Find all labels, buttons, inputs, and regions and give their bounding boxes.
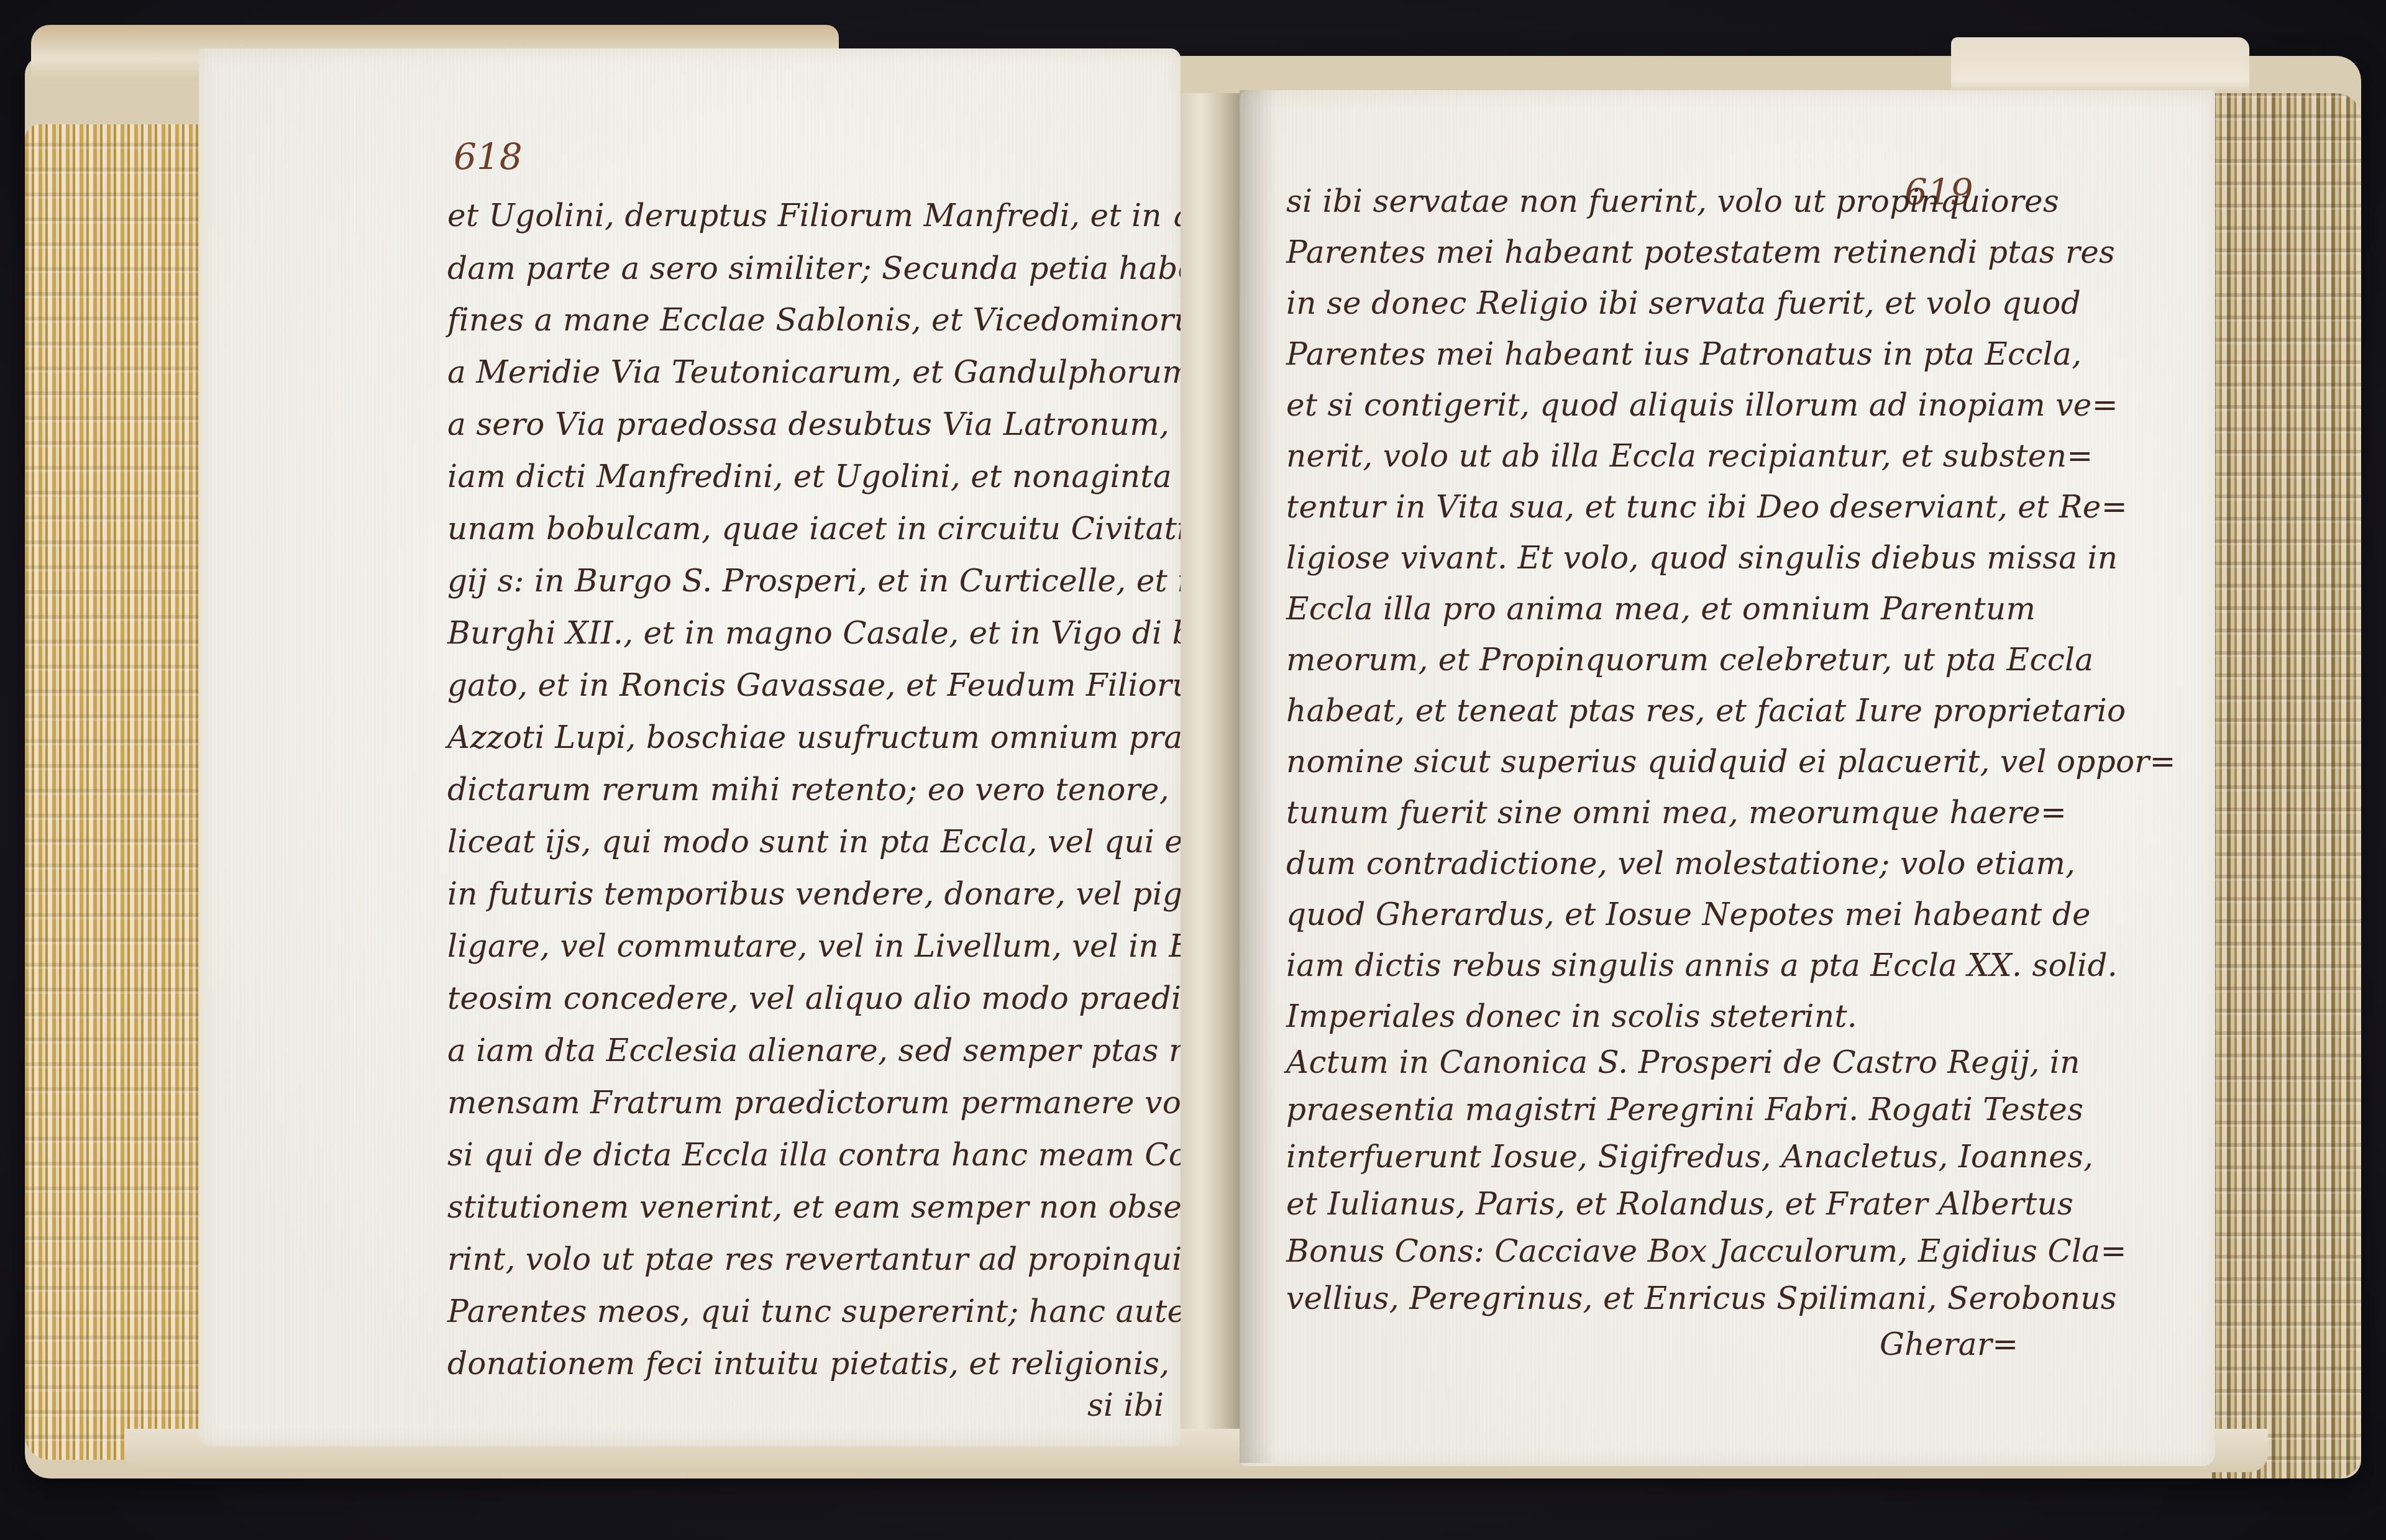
- text-line: praesentia magistri Peregrini Fabri. Rog…: [1286, 1091, 2083, 1128]
- text-line: a Meridie Via Teutonicarum, et Gandulpho…: [447, 354, 1192, 390]
- text-line: quod Gherardus, et Iosue Nepotes mei hab…: [1286, 896, 2091, 932]
- text-line: et Ugolini, deruptus Filiorum Manfredi, …: [447, 198, 1257, 234]
- text-line: gato, et in Roncis Gavassae, et Feudum F…: [447, 667, 1222, 703]
- text-line: vellius, Peregrinus, et Enricus Spiliman…: [1286, 1280, 2117, 1316]
- text-line: habeat, et teneat ptas res, et faciat Iu…: [1286, 693, 2126, 729]
- text-line: iam dicti Manfredini, et Ugolini, et non…: [447, 458, 1172, 494]
- gutter-shadow: [1240, 90, 1277, 1463]
- text-line: interfuerunt Iosue, Sigifredus, Anacletu…: [1286, 1139, 2093, 1175]
- text-line: si ibi servatae non fuerint, volo ut pro…: [1286, 183, 2059, 219]
- fore-edge-right: [2212, 93, 2361, 1478]
- text-line: et Iulianus, Paris, et Rolandus, et Frat…: [1286, 1186, 2073, 1222]
- left-page: 618 et Ugolini, deruptus Filiorum Manfre…: [199, 48, 1181, 1446]
- book-gutter: [1181, 93, 1240, 1429]
- text-line: Imperiales donec in scolis steterint.: [1286, 998, 1857, 1034]
- text-line: et si contigerit, quod aliquis illorum a…: [1286, 387, 2118, 423]
- text-line: tentur in Vita sua, et tunc ibi Deo dese…: [1286, 489, 2128, 525]
- fore-edge-left-gilt: [25, 124, 205, 1460]
- text-line: si qui de dicta Eccla illa contra hanc m…: [447, 1137, 1234, 1173]
- right-page: 619 si ibi servatae non fuerint, volo ut…: [1240, 90, 2215, 1466]
- text-line: tunum fuerit sine omni mea, meorumque ha…: [1286, 795, 2067, 831]
- text-line: ligiose vivant. Et volo, quod singulis d…: [1286, 540, 2118, 576]
- text-line: dum contradictione, vel molestatione; vo…: [1286, 845, 2075, 882]
- text-line: fines a mane Ecclae Sablonis, et Vicedom…: [447, 302, 1234, 338]
- text-line: ligare, vel commutare, vel in Livellum, …: [447, 928, 1298, 964]
- text-line: meorum, et Propinquorum celebretur, ut p…: [1286, 642, 2093, 678]
- text-line: unam bobulcam, quae iacet in circuitu Ci…: [447, 511, 1282, 547]
- text-line: in se donec Religio ibi servata fuerit, …: [1286, 285, 2081, 321]
- text-line: stitutionem venerint, et eam semper non …: [447, 1189, 1296, 1225]
- text-line: dictarum rerum mihi retento; eo vero ten…: [447, 772, 1282, 808]
- text-line: iam dictis rebus singulis annis a pta Ec…: [1286, 947, 2118, 983]
- text-line: nerit, volo ut ab illa Eccla recipiantur…: [1286, 438, 2093, 474]
- catchword-left: si ibi: [1087, 1387, 1164, 1423]
- catchword-right: Gherar=: [1880, 1326, 2018, 1362]
- text-line: a iam dta Ecclesia alienare, sed semper …: [447, 1032, 1268, 1068]
- text-line: Azzoti Lupi, boschiae usufructum omnium …: [447, 719, 1228, 755]
- text-line: dam parte a sero similiter; Secunda peti…: [447, 250, 1209, 286]
- text-line: Bonus Cons: Cacciave Box Jacculorum, Egi…: [1286, 1233, 2127, 1269]
- text-line: Parentes mei habeant ius Patronatus in p…: [1286, 336, 2082, 372]
- text-line: Actum in Canonica S. Prosperi de Castro …: [1286, 1044, 2080, 1080]
- text-line: donationem feci intuitu pietatis, et rel…: [447, 1346, 1257, 1382]
- text-line: rint, volo ut ptae res revertantur ad pr…: [447, 1241, 1251, 1277]
- page-number-left: 618: [454, 135, 523, 178]
- text-line: mensam Fratrum praedictorum permanere vo…: [447, 1085, 1261, 1121]
- text-line: liceat ijs, qui modo sunt in pta Eccla, …: [447, 824, 1251, 860]
- text-line: Parentes meos, qui tunc supererint; hanc…: [447, 1293, 1215, 1329]
- text-line: Burghi XII., et in magno Casale, et in V…: [447, 615, 1252, 651]
- text-line: Eccla illa pro anima mea, et omnium Pare…: [1286, 591, 2036, 627]
- text-line: Parentes mei habeant potestatem retinend…: [1286, 234, 2115, 270]
- text-line: teosim concedere, vel aliquo alio modo p…: [447, 980, 1306, 1016]
- text-line: a sero Via praedossa desubtus Via Latron…: [447, 406, 1211, 442]
- text-line: nomine sicut superius quidquid ei placue…: [1286, 744, 2176, 780]
